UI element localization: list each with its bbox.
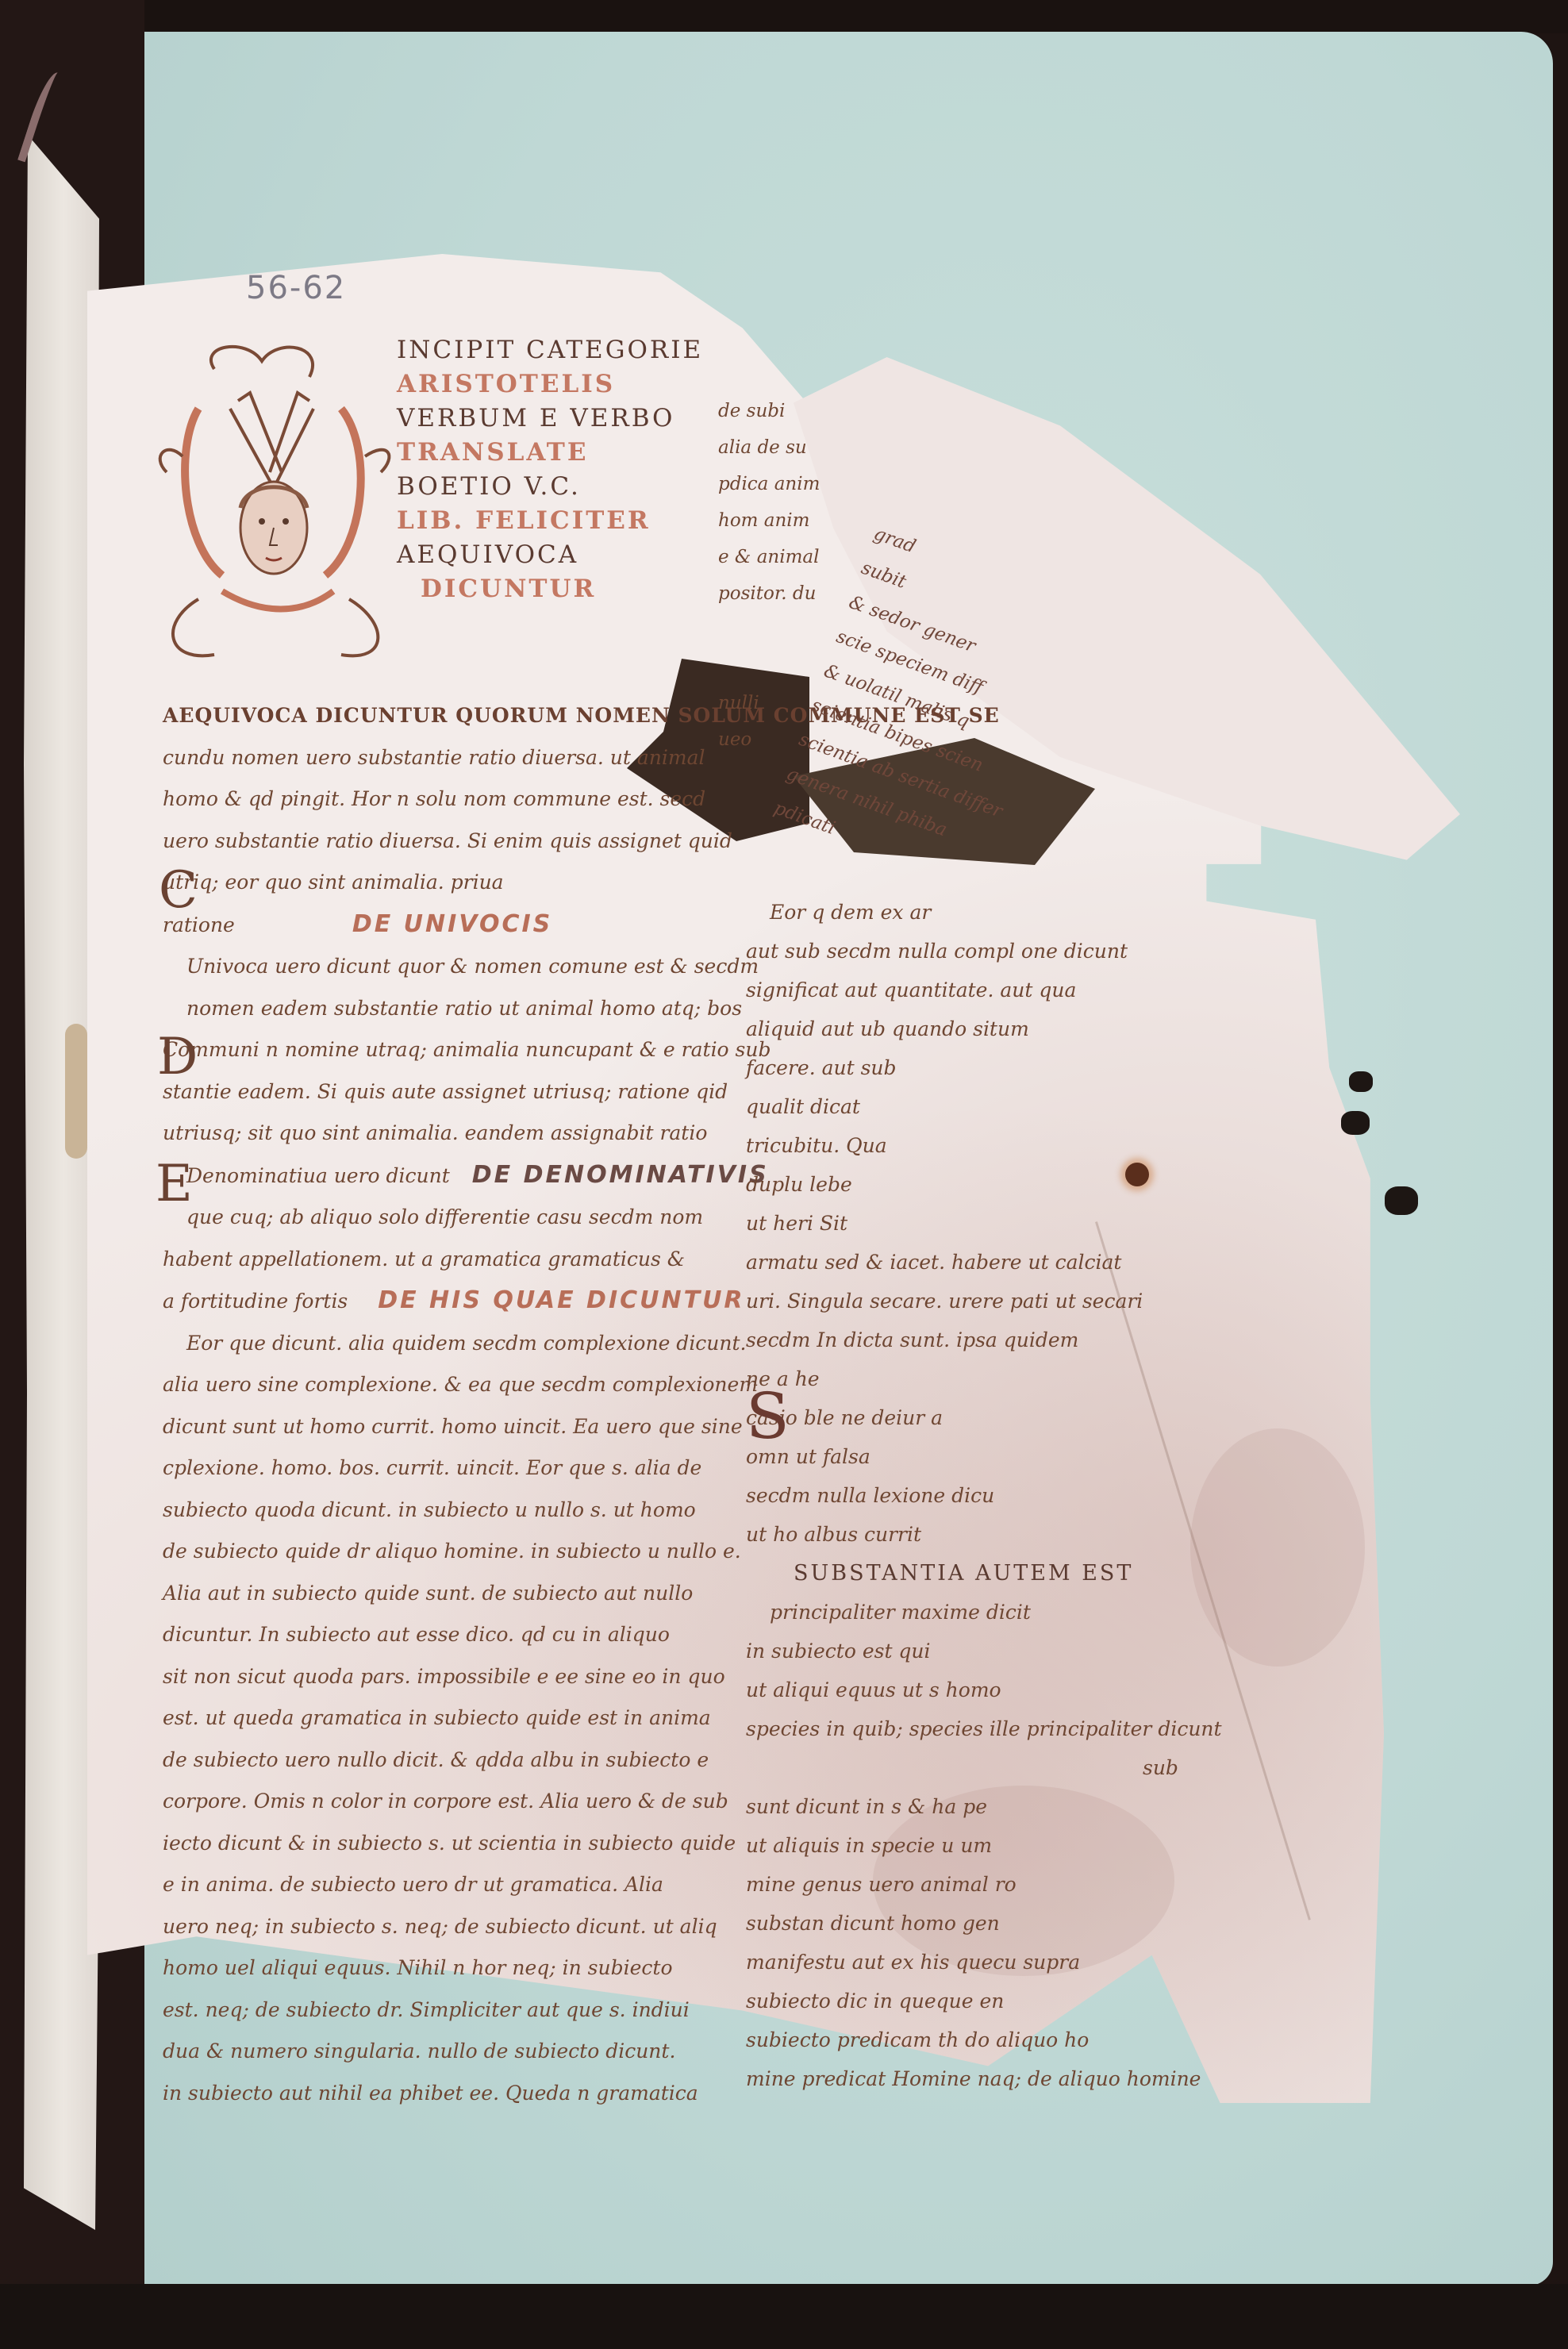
text-line: uero substantie ratio diuersa. Si enim q… — [163, 821, 686, 863]
incipit-line: TRANSLATE — [397, 436, 659, 470]
heading-de-denominativis: DE DENOMINATIVIS — [472, 1161, 769, 1189]
left-text-column: AEQUIVOCA DICUNTUR QUORUM NOMEN SOLUM CO… — [163, 695, 686, 2114]
incipit-line: AEQUIVOCA — [397, 538, 659, 572]
face-initial-icon — [151, 337, 405, 671]
incipit-line: ARISTOTELIS — [397, 367, 659, 402]
text-line: subiecto predicam th do aliquo ho — [746, 2020, 1238, 2059]
text-line: uri. Singula secare. urere pati ut secar… — [746, 1282, 1238, 1321]
decorated-initial — [151, 337, 405, 671]
opening-line: AEQUIVOCA DICUNTUR QUORUM NOMEN SOLUM CO… — [163, 695, 686, 737]
text-line: dicuntur. In subiecto aut esse dico. qd … — [163, 1614, 686, 1656]
text-line: est. neq; de subiecto dr. Simpliciter au… — [163, 1990, 686, 2032]
incipit-line: VERBUM E VERBO — [397, 402, 659, 436]
heading-de-his-quae-dicuntur: DE HIS QUAE DICUNTUR — [378, 1286, 744, 1314]
text-line: alia de su — [718, 429, 877, 466]
text-line: substan dicunt homo gen — [746, 1904, 1238, 1943]
text-line: a fortitudine fortis — [163, 1290, 348, 1313]
text-line: duplu lebe — [746, 1165, 1238, 1204]
text-line: sit non sicut quoda pars. impossibile e … — [163, 1656, 686, 1698]
text-line: alia uero sine complexione. & ea que sec… — [163, 1364, 686, 1406]
text-line: que cuq; ab aliquo solo differentie casu… — [163, 1197, 686, 1239]
text-line: sub — [746, 1748, 1238, 1787]
text-line: iecto dicunt & in subiecto s. ut scienti… — [163, 1823, 686, 1865]
pencil-folio-number: 56-62 — [246, 270, 346, 306]
text-line: Communi n nomine utraq; animalia nuncupa… — [163, 1029, 686, 1071]
incipit-title: INCIPIT CATEGORIE ARISTOTELIS VERBUM E V… — [397, 333, 659, 606]
text-line: homo uel aliqui equus. Nihil n hor neq; … — [163, 1947, 686, 1990]
incipit-line: BOETIO V.C. — [397, 470, 659, 504]
incipit-line: LIB. FELICITER — [397, 504, 659, 538]
text-line: nomen eadem substantie ratio ut animal h… — [163, 988, 686, 1030]
text-line: armatu sed & iacet. habere ut calciat — [746, 1243, 1238, 1282]
text-line: est. ut queda gramatica in subiecto quid… — [163, 1697, 686, 1740]
text-line: ut aliquis in specie u um — [746, 1826, 1238, 1865]
text-line: ne a he — [746, 1359, 1238, 1398]
text-line: corpore. Omis n color in corpore est. Al… — [163, 1781, 686, 1823]
text-line: ut aliqui equus ut s homo — [746, 1670, 1238, 1709]
text-line: mine predicat Homine naq; de aliquo homi… — [746, 2059, 1238, 2098]
incipit-line: DICUNTUR — [397, 572, 659, 606]
text-line: subiecto quoda dicunt. in subiecto u nul… — [163, 1490, 686, 1532]
text-line: in subiecto est qui — [746, 1632, 1238, 1670]
text-line: Denominatiua uero dicunt — [163, 1164, 450, 1187]
text-line: secdm nulla lexione dicu — [746, 1476, 1238, 1515]
heading-de-univocis: DE UNIVOCIS — [352, 910, 552, 938]
initial-s: S — [746, 1385, 790, 1448]
text-line: Univoca uero dicunt quor & nomen comune … — [163, 946, 686, 988]
initial-d: D — [157, 1032, 198, 1082]
text-line: qualit dicat — [746, 1087, 1238, 1126]
text-line: dua & numero singularia. nullo de subiec… — [163, 2031, 686, 2073]
text-line: utriq; eor quo sint animalia. priua — [163, 862, 686, 904]
text-line: secdm In dicta sunt. ipsa quidem — [746, 1321, 1238, 1359]
text-line: cundu nomen uero substantie ratio diuers… — [163, 737, 686, 779]
text-line: subiecto dic in queque en — [746, 1982, 1238, 2020]
text-line: in subiecto aut nihil ea phibet ee. Qued… — [163, 2073, 686, 2115]
text-line: species in quib; species ille principali… — [746, 1709, 1238, 1748]
text-line: e & animal — [718, 539, 877, 575]
text-line: ut heri Sit — [746, 1204, 1238, 1243]
text-line: mine genus uero animal ro — [746, 1865, 1238, 1904]
text-line: ut ho albus currit — [746, 1515, 1238, 1554]
text-line: tricubitu. Qua — [746, 1126, 1238, 1165]
text-line: habent appellationem. ut a gramatica gra… — [163, 1239, 686, 1281]
text-line: a fortitudine fortis DE HIS QUAE DICUNTU… — [163, 1280, 686, 1323]
initial-e: E — [156, 1159, 193, 1209]
text-line: aut sub secdm nulla compl one dicunt — [746, 932, 1238, 971]
text-line: casio ble ne deiur a — [746, 1398, 1238, 1437]
text-line: e in anima. de subiecto uero dr ut grama… — [163, 1864, 686, 1906]
text-line: sunt dicunt in s & ha pe — [746, 1787, 1238, 1826]
text-line: de subi — [718, 393, 877, 429]
substantia-heading: SUBSTANTIA AUTEM EST — [746, 1554, 1238, 1593]
text-line: Eor q dem ex ar — [746, 893, 1238, 932]
text-line: dicunt sunt ut homo currit. homo uincit.… — [163, 1406, 686, 1448]
text-line: cplexione. homo. bos. currit. uincit. Eo… — [163, 1447, 686, 1490]
text-line: stantie eadem. Si quis aute assignet utr… — [163, 1071, 686, 1113]
initial-u: C — [159, 865, 198, 916]
text-line: utriusq; sit quo sint animalia. eandem a… — [163, 1113, 686, 1155]
text-line: ratione DE UNIVOCIS — [163, 904, 686, 947]
text-line: Denominatiua uero dicunt DE DENOMINATIVI… — [163, 1155, 686, 1198]
text-line: Eor que dicunt. alia quidem secdm comple… — [163, 1323, 686, 1365]
text-line: aliquid aut ub quando situm — [746, 1009, 1238, 1048]
text-line: facere. aut sub — [746, 1048, 1238, 1087]
text-line: pdica anim — [718, 466, 877, 502]
text-line: manifestu aut ex his quecu supra — [746, 1943, 1238, 1982]
text-line: omn ut falsa — [746, 1437, 1238, 1476]
text-line: significat aut quantitate. aut qua — [746, 971, 1238, 1009]
text-line: hom anim — [718, 502, 877, 539]
text-line: uero neq; in subiecto s. neq; de subiect… — [163, 1906, 686, 1948]
incipit-line: INCIPIT CATEGORIE — [397, 333, 659, 367]
text-line: principaliter maxime dicit — [746, 1593, 1238, 1632]
text-line: de subiecto uero nullo dicit. & qdda alb… — [163, 1740, 686, 1782]
text-line: de subiecto quide dr aliquo homine. in s… — [163, 1531, 686, 1573]
text-line: Alia aut in subiecto quide sunt. de subi… — [163, 1573, 686, 1615]
right-text-column: Eor q dem ex ar aut sub secdm nulla comp… — [746, 893, 1238, 2098]
text-line: homo & qd pingit. Hor n solu nom commune… — [163, 779, 686, 821]
